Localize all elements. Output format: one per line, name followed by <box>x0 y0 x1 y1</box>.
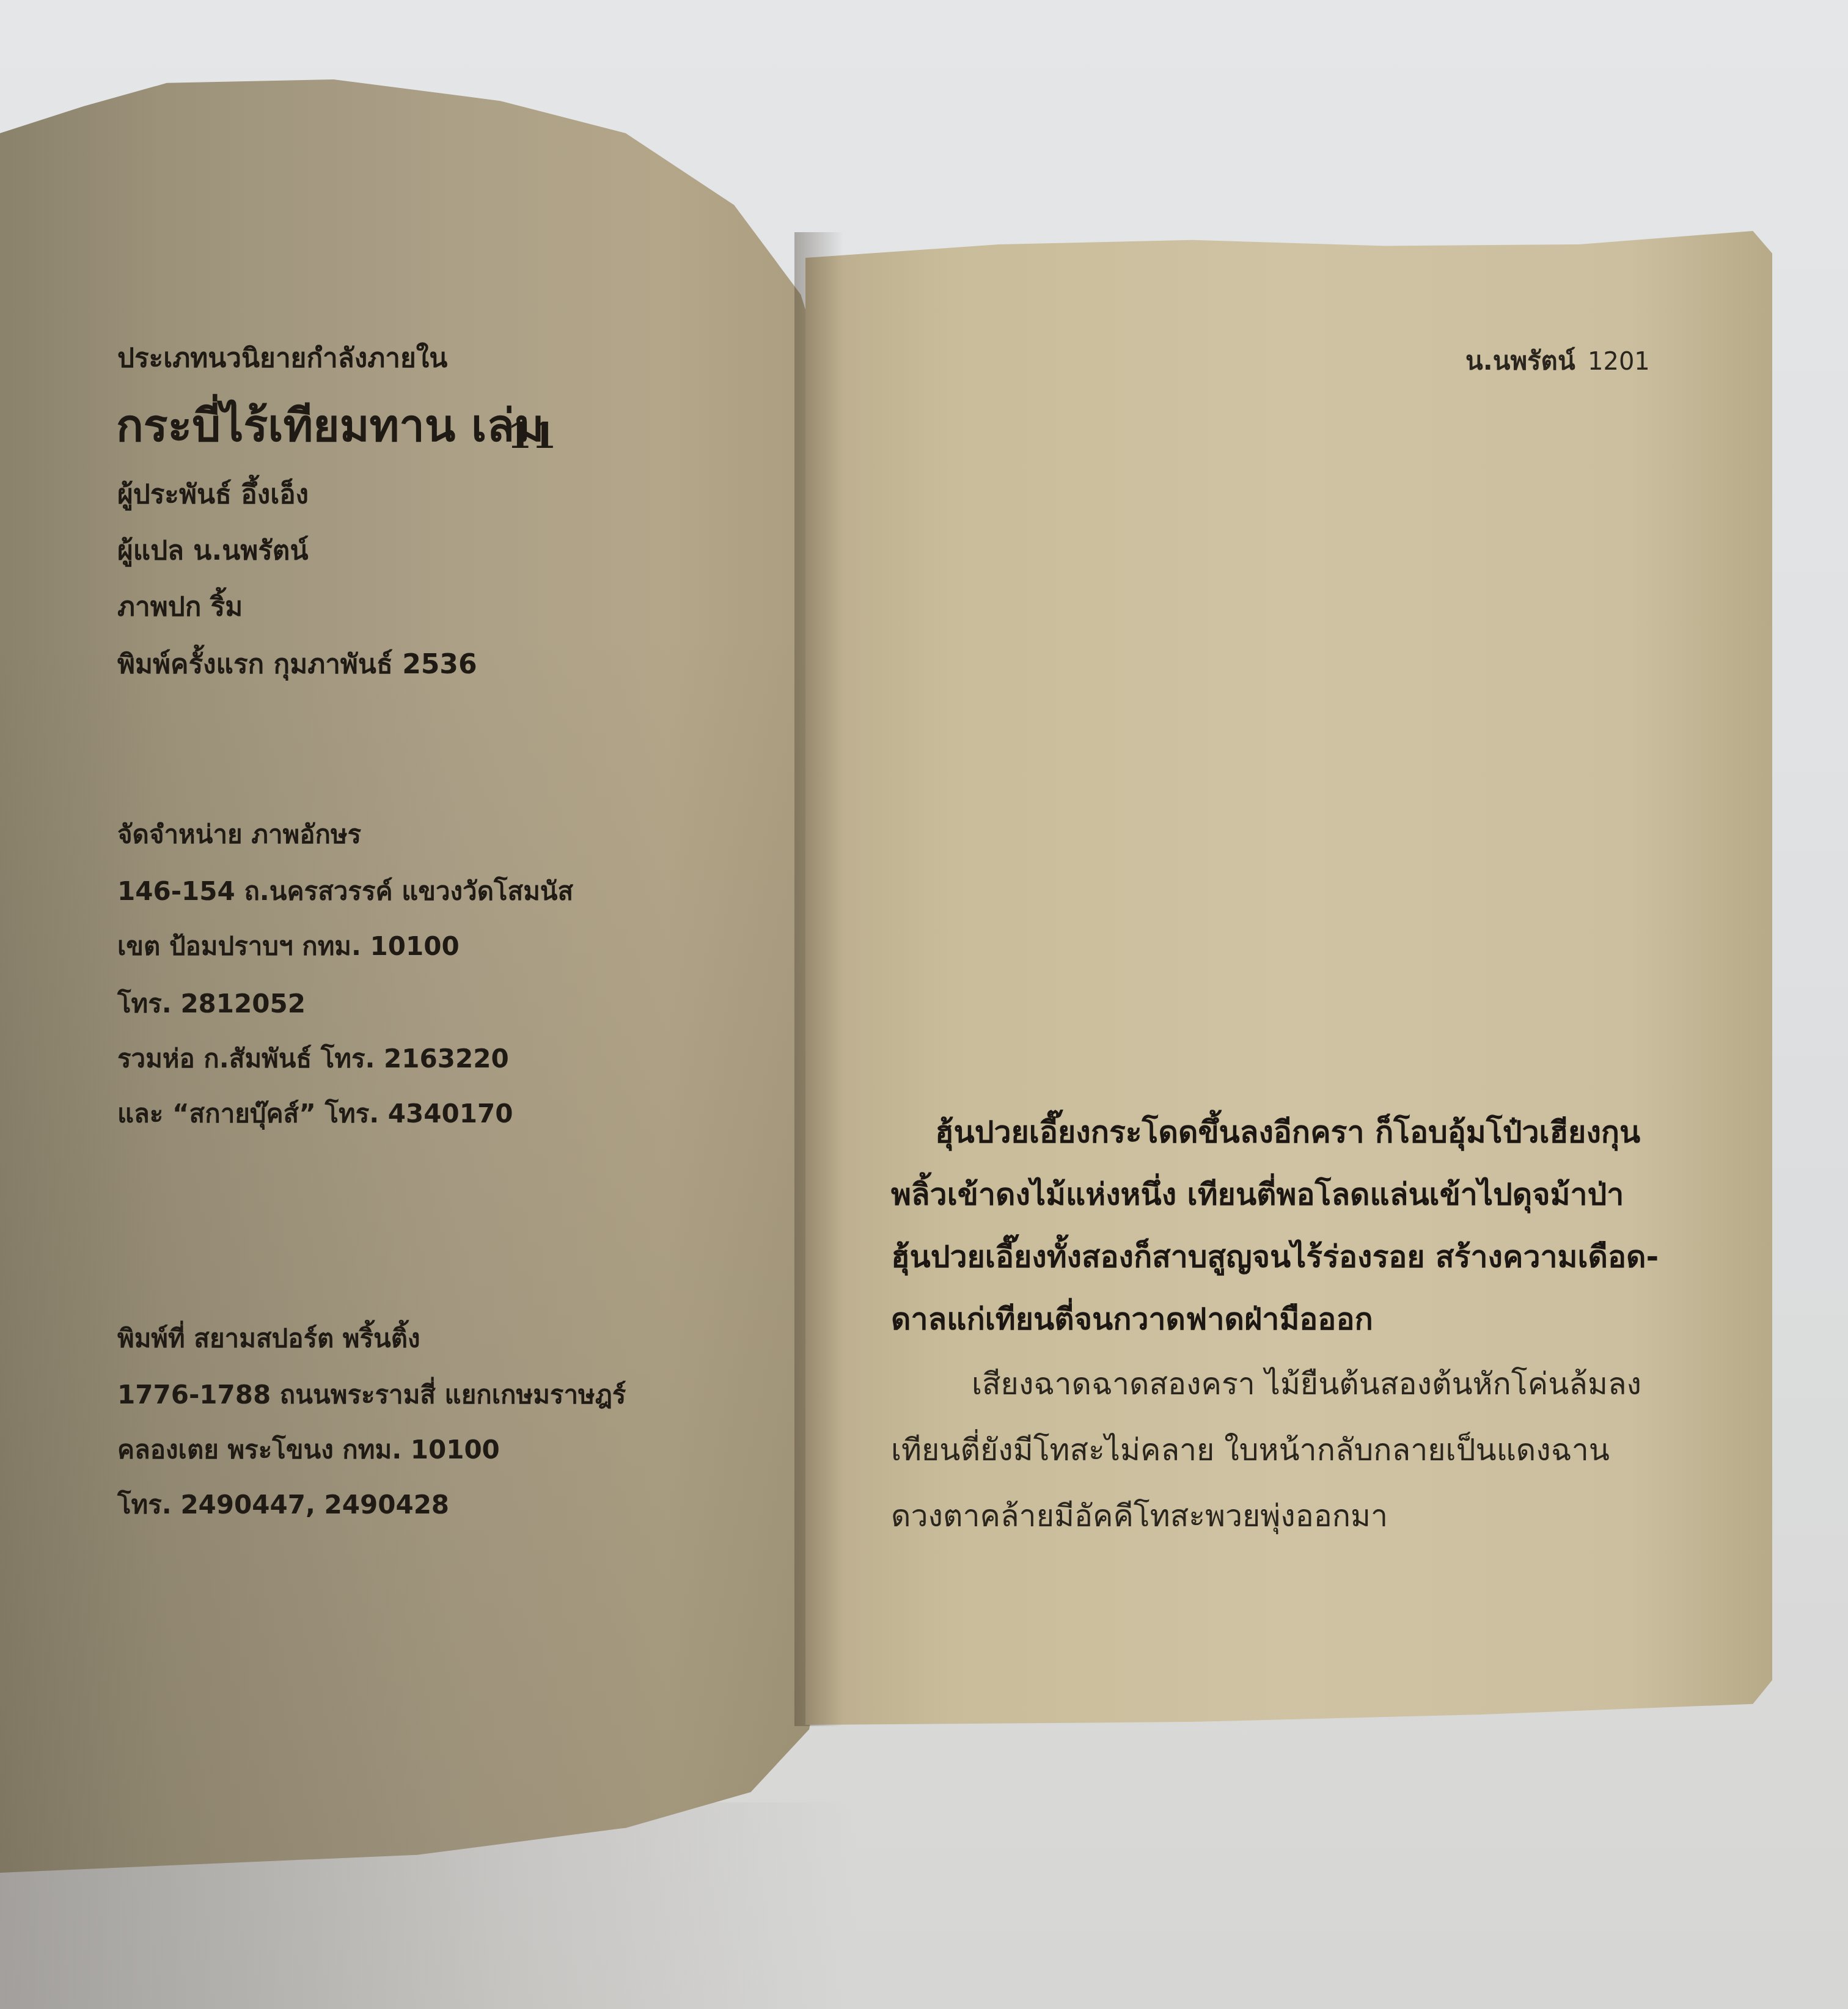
distributor-name: จัดจำหน่าย ภาพอักษร <box>117 822 361 847</box>
gutter-shadow <box>794 232 843 1726</box>
cover-art-line: ภาพปก ริ้ม <box>117 594 243 621</box>
paragraph-line: ฮุ้นปวยเอี๊ยงกระโดดขึ้นลงอีกครา ก็โอบอุ้… <box>935 1117 1640 1147</box>
printer-address-1: 1776-1788 ถนนพระรามสี่ แยกเกษมราษฎร์ <box>117 1382 626 1408</box>
running-header-author: น.นพรัตน์ <box>1465 348 1575 374</box>
distributor-partner-2: และ “สกายบุ๊คส์” โทร. 4340170 <box>117 1101 513 1127</box>
translator-line: ผู้แปล น.นพรัตน์ <box>117 538 309 565</box>
distributor-address-1: 146-154 ถ.นครสวรรค์ แขวงวัดโสมนัส <box>117 879 573 904</box>
page-number: 1201 <box>1588 349 1650 374</box>
author-line: ผู้ประพันธ์ อึ้งเอ็ง <box>117 481 309 508</box>
book-title: กระบี่ไร้เทียมทาน เล่ม <box>116 403 544 448</box>
printer-phone: โทร. 2490447, 2490428 <box>117 1492 449 1518</box>
paragraph-line: เทียนตี่ยังมีโทสะไม่คลาย ใบหน้ากลับกลายเ… <box>891 1435 1610 1465</box>
genre-line: ประเภทนวนิยายกำลังภายใน <box>117 345 447 372</box>
distributor-address-2: เขต ป้อมปราบฯ กทม. 10100 <box>117 934 460 959</box>
printer-address-2: คลองเตย พระโขนง กทม. 10100 <box>117 1437 500 1463</box>
paragraph-line: ดาลแก่เทียนตี่จนกวาดฟาดฝ่ามือออก <box>891 1304 1373 1334</box>
paragraph-line: พลิ้วเข้าดงไม้แห่งหนึ่ง เทียนตี่พอโลดแล่… <box>891 1179 1624 1210</box>
distributor-partner-1: รวมห่อ ก.สัมพันธ์ โทร. 2163220 <box>117 1046 509 1072</box>
printer-name: พิมพ์ที่ สยามสปอร์ต พริ้นติ้ง <box>117 1326 420 1352</box>
distributor-phone: โทร. 2812052 <box>117 991 306 1017</box>
first-print-line: พิมพ์ครั้งแรก กุมภาพันธ์ 2536 <box>117 651 477 678</box>
paragraph-line: ดวงตาคล้ายมีอัคคีโทสะพวยพุ่งออกมา <box>891 1501 1388 1531</box>
paragraph-line: เสียงฉาดฉาดสองครา ไม้ยืนต้นสองต้นหักโค่น… <box>972 1369 1641 1399</box>
volume-number: 11 <box>507 418 557 453</box>
paragraph-line: ฮุ้นปวยเอี๊ยงทั้งสองก็สาบสูญจนไร้ร่องรอย… <box>891 1242 1659 1272</box>
